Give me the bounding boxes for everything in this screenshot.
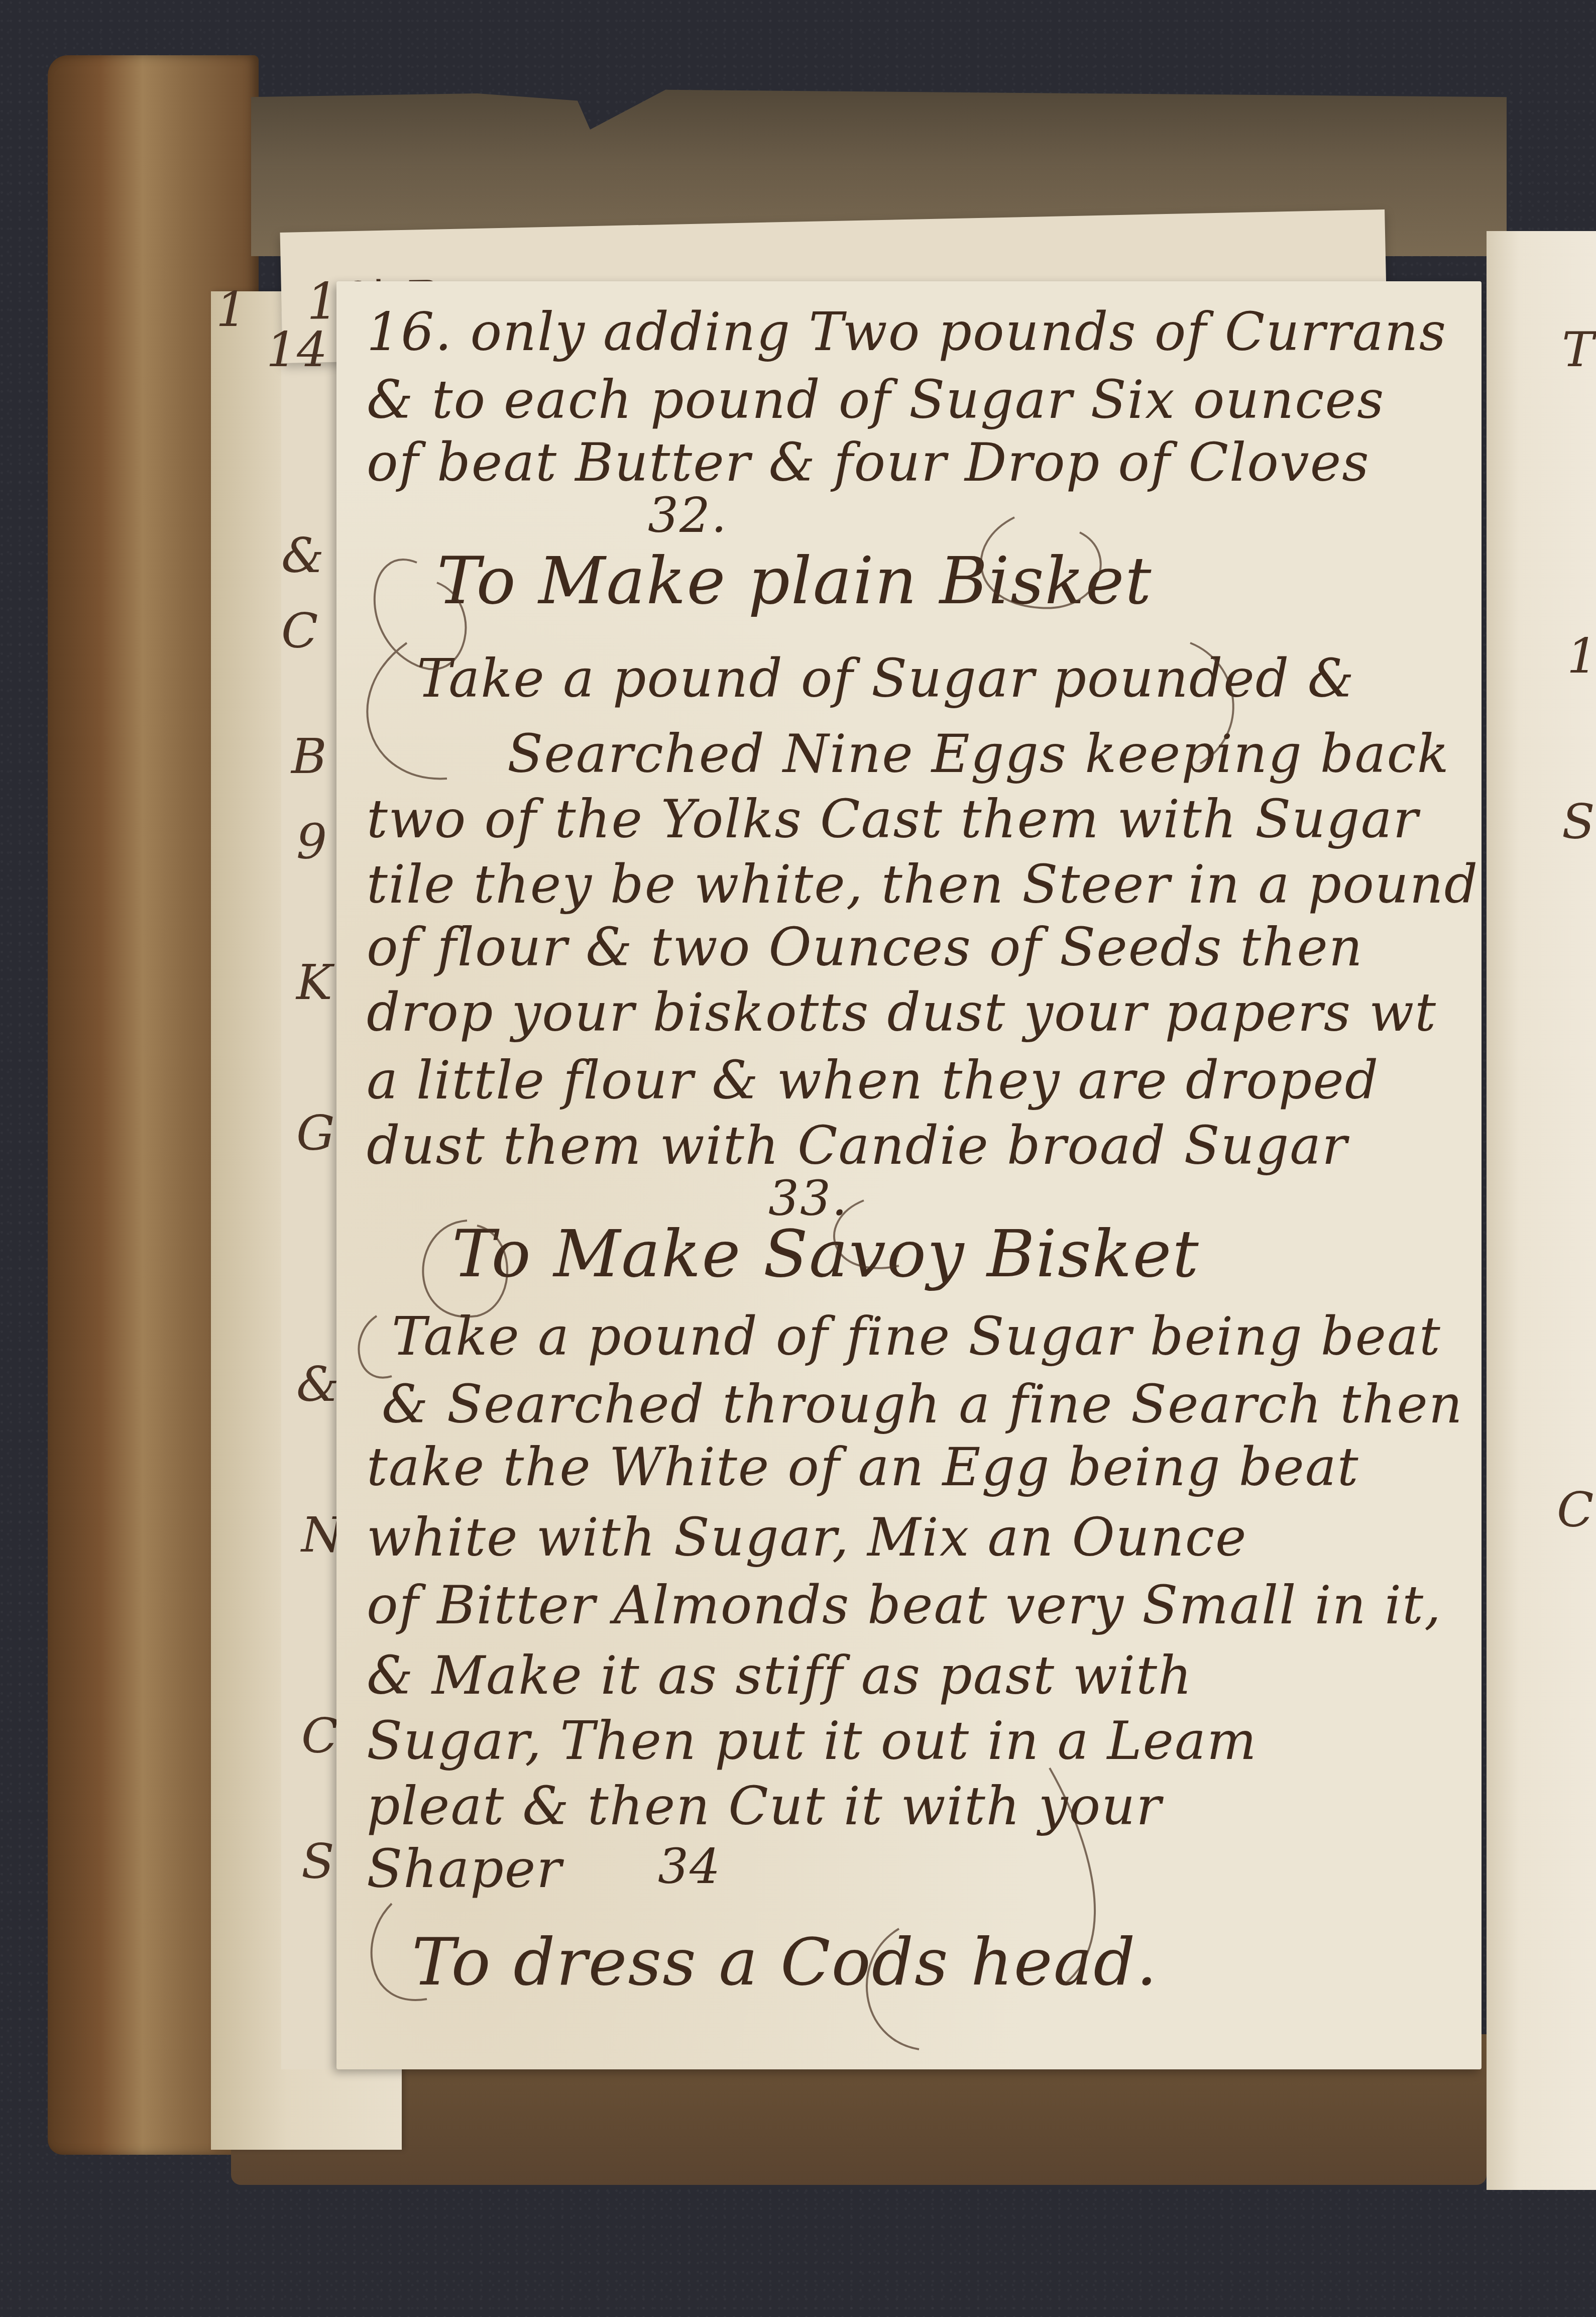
- margin-fragment: C: [1557, 1482, 1593, 1538]
- margin-fragment: 1: [1567, 628, 1596, 684]
- margin-fragment: 1: [216, 281, 247, 338]
- margin-fragment: T: [1562, 321, 1594, 378]
- margin-fragment: S: [1562, 794, 1595, 850]
- calligraphic-flourishes: [336, 281, 1481, 2069]
- margin-fragment: S: [301, 1833, 334, 1890]
- margin-fragment: B: [291, 728, 327, 785]
- margin-fragment: 14: [266, 321, 327, 378]
- margin-fragment: C: [281, 603, 318, 659]
- margin-fragment: 9: [296, 814, 327, 870]
- margin-fragment: G: [296, 1105, 335, 1161]
- margin-fragment: &: [296, 1356, 339, 1412]
- manuscript-page: 16. only adding Two pounds of Currans & …: [336, 281, 1481, 2069]
- facing-page-right: [1487, 231, 1596, 2190]
- margin-fragment: C: [301, 1708, 338, 1764]
- margin-fragment: K: [296, 954, 332, 1011]
- margin-fragment: &: [281, 527, 324, 584]
